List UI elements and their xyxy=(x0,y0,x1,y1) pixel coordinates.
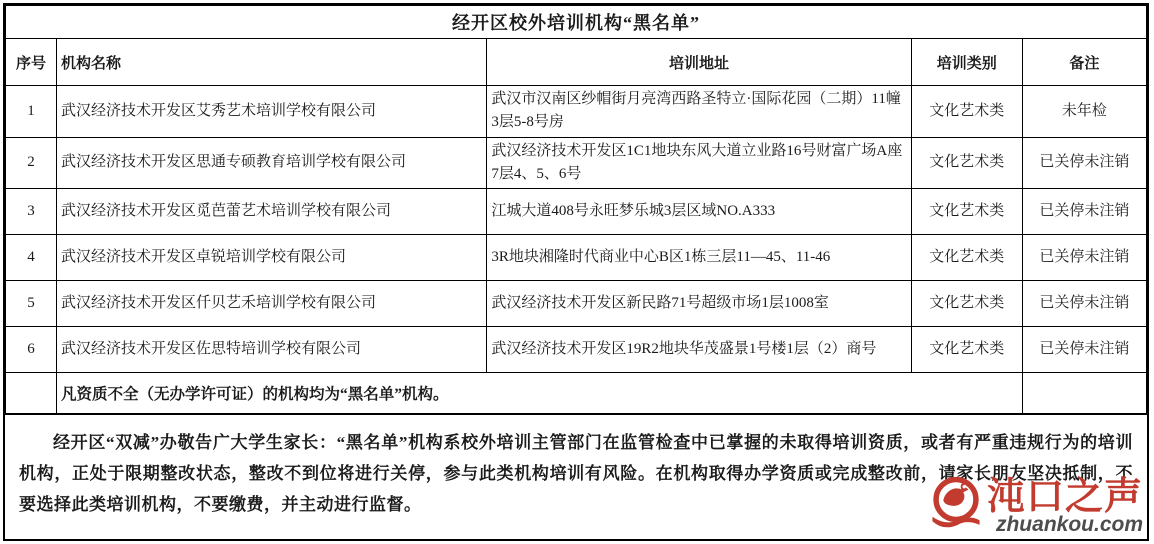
cell-institution-name: 武汉经济技术开发区佐思特培训学校有限公司 xyxy=(57,327,487,373)
cell-row-number: 2 xyxy=(6,137,57,189)
cell-row-number: 4 xyxy=(6,235,57,281)
table-row: 4 武汉经济技术开发区卓锐培训学校有限公司 3R地块湘隆时代商业中心B区1栋三层… xyxy=(6,235,1147,281)
cell-institution-name: 武汉经济技术开发区仟贝艺禾培训学校有限公司 xyxy=(57,281,487,327)
cell-address: 武汉经济技术开发区19R2地块华茂盛景1号楼1层（2）商号 xyxy=(487,327,911,373)
table-row: 6 武汉经济技术开发区佐思特培训学校有限公司 武汉经济技术开发区19R2地块华茂… xyxy=(6,327,1147,373)
table-footer: 凡资质不全（无办学许可证）的机构均为“黑名单”机构。 xyxy=(6,373,1147,414)
footnote-row: 凡资质不全（无办学许可证）的机构均为“黑名单”机构。 xyxy=(6,373,1147,414)
cell-row-number: 5 xyxy=(6,281,57,327)
cell-address: 江城大道408号永旺梦乐城3层区域NO.A333 xyxy=(487,189,911,235)
cell-institution-name: 武汉经济技术开发区艾秀艺术培训学校有限公司 xyxy=(57,86,487,138)
cell-category: 文化艺术类 xyxy=(911,281,1022,327)
footnote-empty-cell-left xyxy=(6,373,57,414)
cell-address: 武汉经济技术开发区新民路71号超级市场1层1008室 xyxy=(487,281,911,327)
cell-address: 武汉经济技术开发区1C1地块东风大道立业路16号财富广场A座7层4、5、6号 xyxy=(487,137,911,189)
cell-address: 武汉市汉南区纱帽街月亮湾西路圣特立·国际花园（二期）11幢3层5-8号房 xyxy=(487,86,911,138)
column-header-address: 培训地址 xyxy=(487,39,911,86)
table-row: 5 武汉经济技术开发区仟贝艺禾培训学校有限公司 武汉经济技术开发区新民路71号超… xyxy=(6,281,1147,327)
blacklist-table: 经开区校外培训机构“黑名单” 序号 机构名称 培训地址 培训类别 备注 1 武汉… xyxy=(5,5,1147,414)
cell-remark: 已关停未注销 xyxy=(1022,137,1146,189)
column-header-name: 机构名称 xyxy=(57,39,487,86)
table-row: 2 武汉经济技术开发区思通专硕教育培训学校有限公司 武汉经济技术开发区1C1地块… xyxy=(6,137,1147,189)
table-body: 1 武汉经济技术开发区艾秀艺术培训学校有限公司 武汉市汉南区纱帽街月亮湾西路圣特… xyxy=(6,86,1147,373)
cell-institution-name: 武汉经济技术开发区卓锐培训学校有限公司 xyxy=(57,235,487,281)
cell-remark: 未年检 xyxy=(1022,86,1146,138)
cell-category: 文化艺术类 xyxy=(911,137,1022,189)
cell-remark: 已关停未注销 xyxy=(1022,281,1146,327)
column-header-category: 培训类别 xyxy=(911,39,1022,86)
cell-category: 文化艺术类 xyxy=(911,86,1022,138)
footnote-empty-cell-right xyxy=(1022,373,1146,414)
column-header-remark: 备注 xyxy=(1022,39,1146,86)
table-footnote: 凡资质不全（无办学许可证）的机构均为“黑名单”机构。 xyxy=(57,373,1023,414)
cell-category: 文化艺术类 xyxy=(911,189,1022,235)
cell-row-number: 1 xyxy=(6,86,57,138)
cell-row-number: 3 xyxy=(6,189,57,235)
cell-remark: 已关停未注销 xyxy=(1022,189,1146,235)
cell-remark: 已关停未注销 xyxy=(1022,235,1146,281)
notice-paragraph: 经开区“双减”办敬告广大学生家长：“黑名单”机构系校外培训主管部门在监管检查中已… xyxy=(5,414,1147,539)
table-row: 3 武汉经济技术开发区觅芭蕾艺术培训学校有限公司 江城大道408号永旺梦乐城3层… xyxy=(6,189,1147,235)
table-row: 1 武汉经济技术开发区艾秀艺术培训学校有限公司 武汉市汉南区纱帽街月亮湾西路圣特… xyxy=(6,86,1147,138)
table-header-row: 序号 机构名称 培训地址 培训类别 备注 xyxy=(6,39,1147,86)
page-title: 经开区校外培训机构“黑名单” xyxy=(6,6,1147,39)
cell-category: 文化艺术类 xyxy=(911,327,1022,373)
cell-category: 文化艺术类 xyxy=(911,235,1022,281)
cell-remark: 已关停未注销 xyxy=(1022,327,1146,373)
cell-institution-name: 武汉经济技术开发区觅芭蕾艺术培训学校有限公司 xyxy=(57,189,487,235)
cell-address: 3R地块湘隆时代商业中心B区1栋三层11—45、11-46 xyxy=(487,235,911,281)
column-header-no: 序号 xyxy=(6,39,57,86)
cell-institution-name: 武汉经济技术开发区思通专硕教育培训学校有限公司 xyxy=(57,137,487,189)
table-title-row: 经开区校外培训机构“黑名单” xyxy=(6,6,1147,39)
cell-row-number: 6 xyxy=(6,327,57,373)
blacklist-notice-sheet: 经开区校外培训机构“黑名单” 序号 机构名称 培训地址 培训类别 备注 1 武汉… xyxy=(3,3,1149,541)
